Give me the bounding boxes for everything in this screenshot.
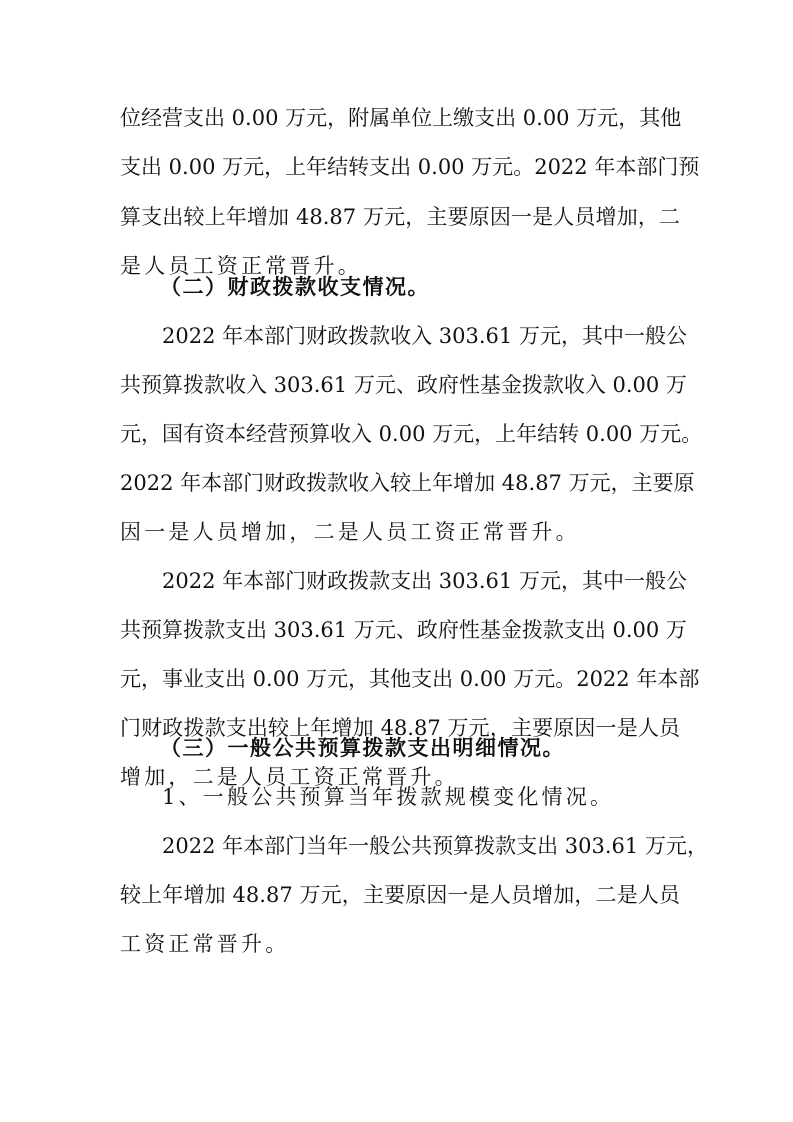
text-line: 算支出较上年增加 48.87 万元，主要原因一是人员增加，二 (120, 203, 680, 231)
text-line: 2022 年本部门财政拨款支出 303.61 万元，其中一般公 (162, 567, 680, 595)
text-line: 工资正常晋升。 (120, 930, 680, 958)
section-heading-fiscal-allocation: （二）财政拨款收支情况。 (160, 273, 720, 301)
text-line: 位经营支出 0.00 万元，附属单位上缴支出 0.00 万元，其他 (120, 104, 680, 132)
text-line: 共预算拨款收入 303.61 万元、政府性基金拨款收入 0.00 万 (120, 371, 680, 399)
text-line: 元，国有资本经营预算收入 0.00 万元，上年结转 0.00 万元。 (120, 420, 680, 448)
text-line: 2022 年本部门财政拨款收入较上年增加 48.87 万元，主要原 (120, 469, 680, 497)
text-line: 元，事业支出 0.00 万元，其他支出 0.00 万元。2022 年本部 (120, 665, 680, 693)
document-page: 位经营支出 0.00 万元，附属单位上缴支出 0.00 万元，其他 支出 0.0… (0, 0, 793, 1122)
text-line: 因一是人员增加，二是人员工资正常晋升。 (120, 518, 680, 546)
text-line: 2022 年本部门当年一般公共预算拨款支出 303.61 万元， (162, 832, 680, 860)
section-heading-general-budget-detail: （三）一般公共预算拨款支出明细情况。 (160, 734, 720, 762)
text-line: 支出 0.00 万元，上年结转支出 0.00 万元。2022 年本部门预 (120, 153, 680, 181)
text-line: 2022 年本部门财政拨款收入 303.61 万元，其中一般公 (162, 322, 680, 350)
text-line: 共预算拨款支出 303.61 万元、政府性基金拨款支出 0.00 万 (120, 616, 680, 644)
subheading-budget-scale-change: 1、一般公共预算当年拨款规模变化情况。 (162, 783, 680, 811)
text-line: 较上年增加 48.87 万元，主要原因一是人员增加，二是人员 (120, 881, 680, 909)
